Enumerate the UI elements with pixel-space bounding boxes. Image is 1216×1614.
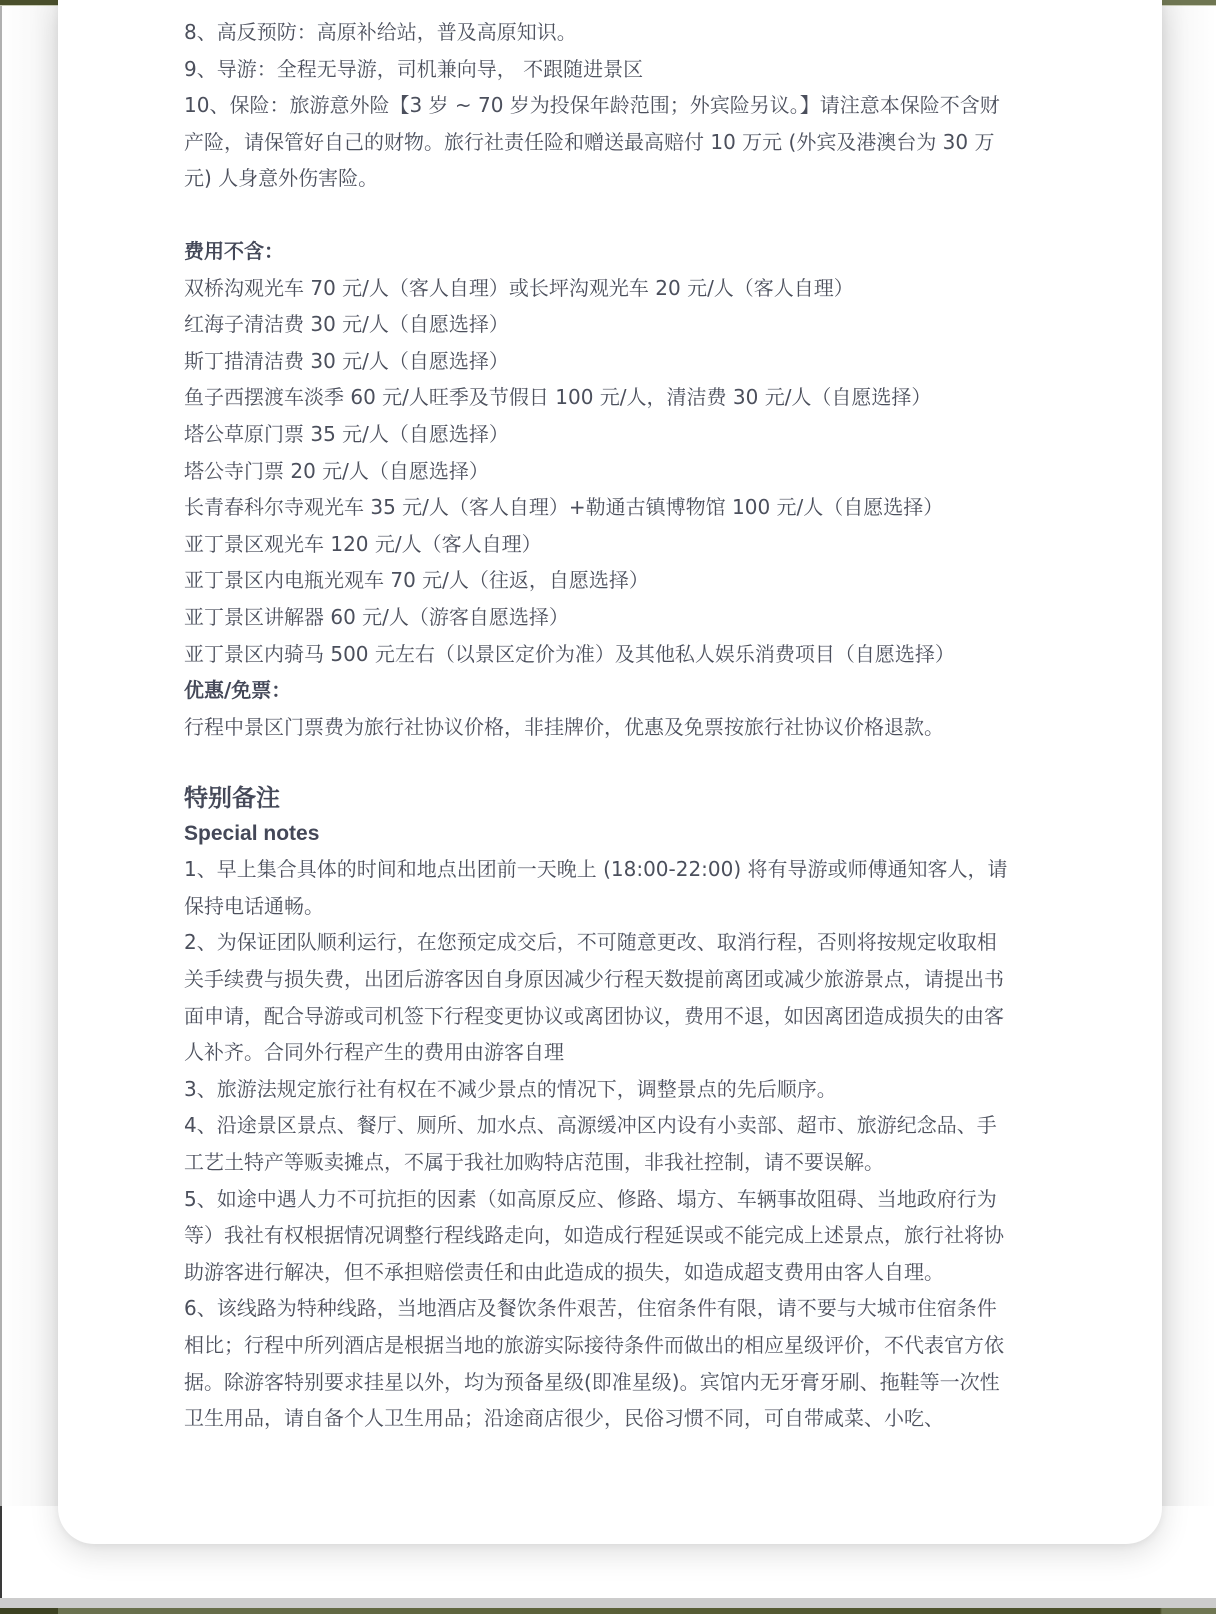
excluded-item: 长青春科尔寺观光车 35 元/人（客人自理）+勒通古镇博物馆 100 元/人（自… [184,489,1044,526]
excluded-item: 亚丁景区内骑马 500 元左右（以景区定价为准）及其他私人娱乐消费项目（自愿选择… [184,636,1044,673]
bottom-olive-strip [0,1608,1216,1614]
special-note-item: 1、早上集合具体的时间和地点出团前一天晚上 (18:00-22:00) 将有导游… [184,851,1014,924]
excluded-costs-section: 费用不含： 双桥沟观光车 70 元/人（客人自理）或长坪沟观光车 20 元/人（… [184,233,1044,672]
special-note-item: 2、为保证团队顺利运行，在您预定成交后，不可随意更改、取消行程，否则将按规定收取… [184,924,1014,1070]
excluded-item: 塔公寺门票 20 元/人（自愿选择） [184,453,1044,490]
excluded-item: 双桥沟观光车 70 元/人（客人自理）或长坪沟观光车 20 元/人（客人自理） [184,270,1044,307]
excluded-item: 亚丁景区观光车 120 元/人（客人自理） [184,526,1044,563]
excluded-item: 斯丁措清洁费 30 元/人（自愿选择） [184,343,1044,380]
included-item-insurance: 10、保险：旅游意外险【3 岁 ~ 70 岁为投保年龄范围；外宾险另议。】请注意… [184,87,1014,197]
excluded-item: 亚丁景区讲解器 60 元/人（游客自愿选择） [184,599,1044,636]
discount-label: 优惠/免票： [184,672,1044,709]
special-notes-title: 特别备注 [184,779,1044,817]
excluded-costs-label: 费用不含： [184,233,1044,270]
special-note-item: 5、如途中遇人力不可抗拒的因素（如高原反应、修路、塌方、车辆事故阻碍、当地政府行… [184,1181,1014,1291]
included-item-guide: 9、导游：全程无导游，司机兼向导， 不跟随进景区 [184,51,1044,88]
included-item-altitude: 8、高反预防：高原补给站，普及高原知识。 [184,14,1044,51]
excluded-item: 塔公草原门票 35 元/人（自愿选择） [184,416,1044,453]
spacer [184,745,1044,775]
special-notes-subtitle: Special notes [184,817,1044,851]
special-notes-section: 特别备注 Special notes 1、早上集合具体的时间和地点出团前一天晚上… [184,779,1044,1437]
special-note-item: 3、旅游法规定旅行社有权在不减少景点的情况下，调整景点的先后顺序。 [184,1071,1014,1108]
special-note-item: 6、该线路为特种线路，当地酒店及餐饮条件艰苦，住宿条件有限，请不要与大城市住宿条… [184,1290,1014,1436]
spacer [184,197,1044,233]
itinerary-document: 8、高反预防：高原补给站，普及高原知识。 9、导游：全程无导游，司机兼向导， 不… [184,14,1044,1437]
excluded-item: 鱼子西摆渡车淡季 60 元/人旺季及节假日 100 元/人，清洁费 30 元/人… [184,379,1044,416]
card-left-shadow [0,6,58,1506]
discount-text: 行程中景区门票费为旅行社协议价格，非挂牌价，优惠及免票按旅行社协议价格退款。 [184,709,1044,746]
included-items-tail: 8、高反预防：高原补给站，普及高原知识。 9、导游：全程无导游，司机兼向导， 不… [184,14,1044,197]
discount-section: 优惠/免票： 行程中景区门票费为旅行社协议价格，非挂牌价，优惠及免票按旅行社协议… [184,672,1044,745]
special-note-item: 4、沿途景区景点、餐厅、厕所、加水点、高源缓冲区内设有小卖部、超市、旅游纪念品、… [184,1107,1014,1180]
excluded-item: 亚丁景区内电瓶光观车 70 元/人（往返，自愿选择） [184,562,1044,599]
card-right-shadow [1162,6,1216,1506]
excluded-item: 红海子清洁费 30 元/人（自愿选择） [184,306,1044,343]
